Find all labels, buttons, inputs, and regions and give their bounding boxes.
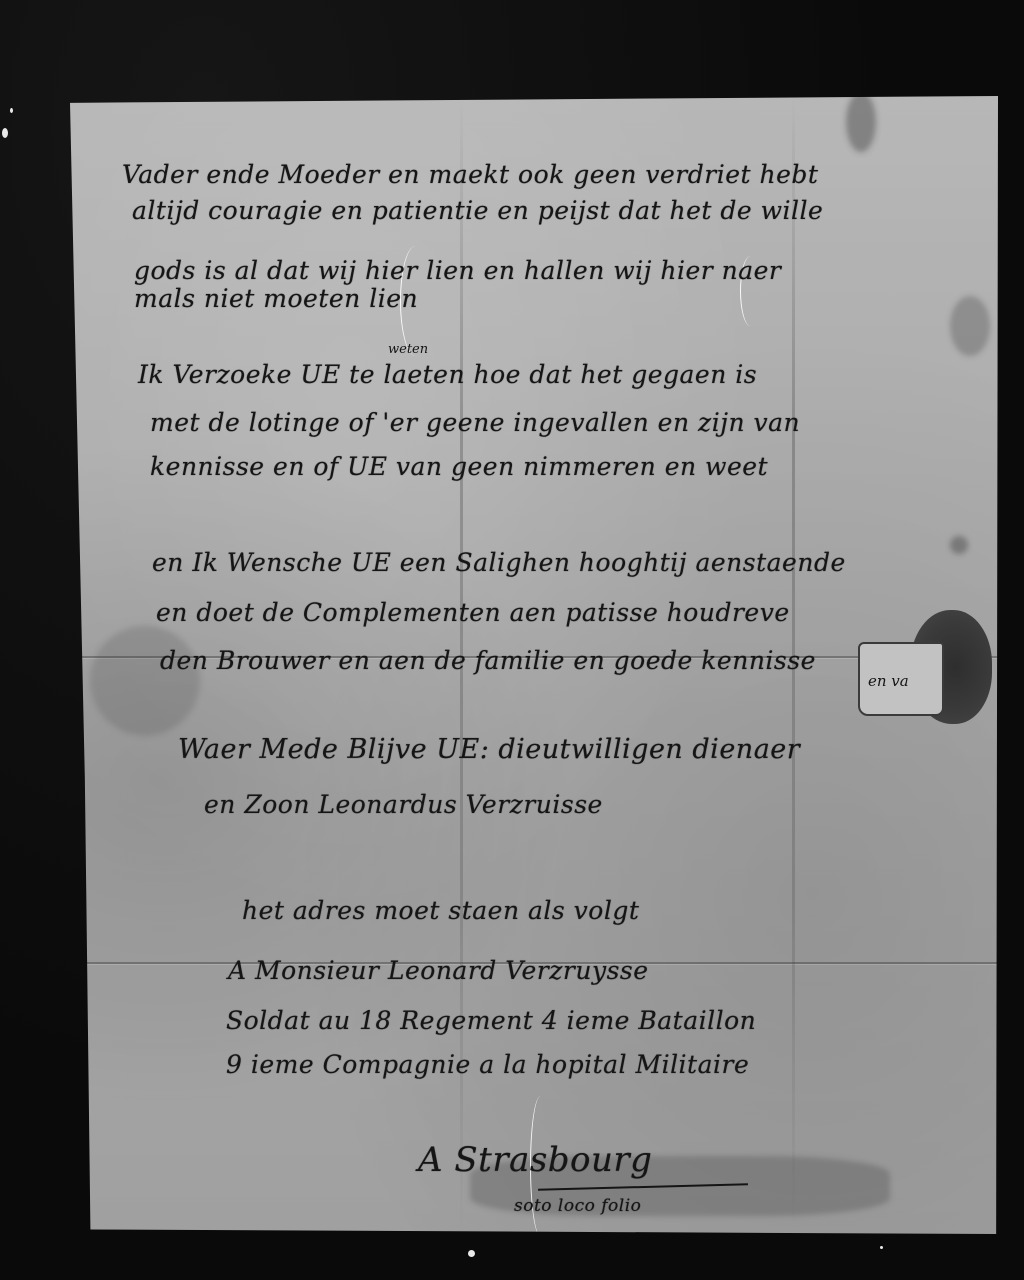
water-stain bbox=[950, 296, 990, 356]
dust-speck bbox=[2, 128, 8, 138]
letter-line: en Ik Wensche UE een Salighen hooghtij a… bbox=[152, 548, 846, 577]
address-line: Soldat au 18 Regement 4 ieme Bataillon bbox=[226, 1006, 756, 1035]
letter-line: mals niet moeten lien bbox=[134, 284, 418, 313]
address-line: 9 ieme Compagnie a la hopital Militaire bbox=[226, 1050, 749, 1079]
letter-line: met de lotinge of 'er geene ingevallen e… bbox=[150, 408, 800, 437]
letter-line: altijd couragie en patientie en peijst d… bbox=[132, 196, 823, 225]
letter-line: gods is al dat wij hier lien en hallen w… bbox=[134, 256, 781, 285]
address-intro: het adres moet staen als volgt bbox=[242, 896, 639, 925]
letter-line: en doet de Complementen aen patisse houd… bbox=[156, 598, 790, 627]
closing-line: Waer Mede Blijve UE: dieutwilligen diena… bbox=[178, 734, 800, 765]
letter-line: den Brouwer en aen de familie en goede k… bbox=[160, 646, 816, 675]
ink-stain bbox=[950, 536, 968, 554]
dust-speck bbox=[880, 1246, 883, 1249]
destination-city: A Strasbourg bbox=[418, 1140, 652, 1180]
water-stain bbox=[90, 626, 200, 736]
dust-speck bbox=[10, 108, 13, 113]
seal-paper-patch: en va bbox=[858, 642, 944, 716]
folio-note: soto loco folio bbox=[514, 1196, 641, 1216]
letter-line: Ik Verzoeke UE te laeten hoe dat het geg… bbox=[138, 360, 757, 389]
ink-stain bbox=[846, 92, 876, 152]
dust-speck bbox=[468, 1250, 475, 1257]
wax-seal: en va bbox=[872, 598, 990, 724]
closing-line: en Zoon Leonardus Verzruisse bbox=[204, 790, 603, 819]
address-line: A Monsieur Leonard Verzruysse bbox=[228, 956, 649, 985]
seal-fragment-text: en va bbox=[868, 672, 909, 690]
microfilm-frame: Vader ende Moeder en maekt ook geen verd… bbox=[0, 0, 1024, 1280]
letter-line: kennisse en of UE van geen nimmeren en w… bbox=[150, 452, 768, 481]
interlinear-insertion: weten bbox=[388, 342, 428, 357]
letter-line: Vader ende Moeder en maekt ook geen verd… bbox=[122, 160, 818, 189]
